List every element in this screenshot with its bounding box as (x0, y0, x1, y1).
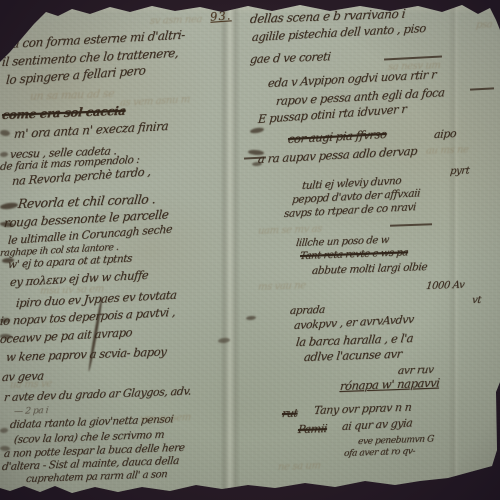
bleedthrough-text-line: ne sa um (277, 460, 321, 473)
handwriting-line: ofa aver at ro qv- (343, 446, 415, 459)
handwriting-line: rónapa w' napavvi (339, 375, 440, 393)
handwriting-line: — 2 pa i (13, 406, 48, 417)
bleedthrough-text-line: ua ms ve (9, 379, 52, 392)
handwriting-line: m' ora anta n' execza finira (13, 119, 168, 141)
handwriting-line: pyrt (449, 165, 469, 177)
handwriting-line: gae d ve coreti (249, 49, 331, 66)
bleedthrough-text-line: au ms ne (425, 144, 469, 157)
bleedthrough-text-line: psa (475, 19, 492, 31)
handwriting-line: oceawv pe pa ait avrapo (0, 325, 133, 346)
manuscript-photo: ca con forma esterne mi d'altri-il senti… (0, 0, 500, 500)
handwriting-line: w kene paprov a scvia- bapoy (5, 344, 167, 364)
bleedthrough-text-line: sa nesv um (387, 60, 441, 73)
bleedthrough-text-line: sv asm nea (149, 14, 202, 27)
handwriting-line: Pamii (297, 422, 327, 436)
manuscript-paper: ca con forma esterne mi d'altri-il senti… (0, 0, 500, 500)
handwriting-line: abbute molti largi olbie (311, 261, 427, 277)
handwriting-line: ai qur av gyia (341, 416, 413, 433)
left-page: ca con forma esterne mi d'altri-il senti… (0, 0, 232, 500)
bleedthrough-text-line: ms vau ne (257, 280, 306, 293)
handwriting-line: Tant reta revte e ws pa (299, 247, 408, 262)
handwriting-line: aipo (433, 127, 456, 141)
right-page: dellas scena e b rvarivano iagilile pist… (238, 0, 500, 500)
handwriting-line: rut (281, 406, 298, 420)
handwriting-line: cor augi pia ffvrso (287, 127, 387, 146)
bleedthrough-text-line: vm au sem (139, 412, 191, 425)
handwriting-line: Revorla et chil corallo . (17, 191, 156, 211)
handwriting-line: a ra aupav pessa adlo dervap (257, 144, 417, 166)
bleedthrough-text-line: un sa mau ad se (29, 87, 115, 103)
handwriting-line: Tany ovr pprav n n (313, 401, 412, 417)
handwriting-line: come era sol caccia (1, 104, 126, 122)
handwriting-line: vt (471, 295, 481, 306)
handwriting-line: eve penebumvn G (357, 434, 434, 447)
bleedthrough-text-line: as vem asnu m (120, 94, 191, 109)
handwriting-line: aprada (289, 304, 325, 317)
handwriting-line: adlve l'acunse avr (303, 347, 402, 364)
page-number: 93. (210, 8, 232, 23)
handwriting-line: 1000 Av (425, 280, 464, 292)
bleedthrough-text-line: uam se mv as (257, 224, 322, 237)
bleedthrough-text-line: msa uv sa em (39, 284, 104, 297)
handwriting-line: lillche un poso de w (295, 235, 389, 249)
